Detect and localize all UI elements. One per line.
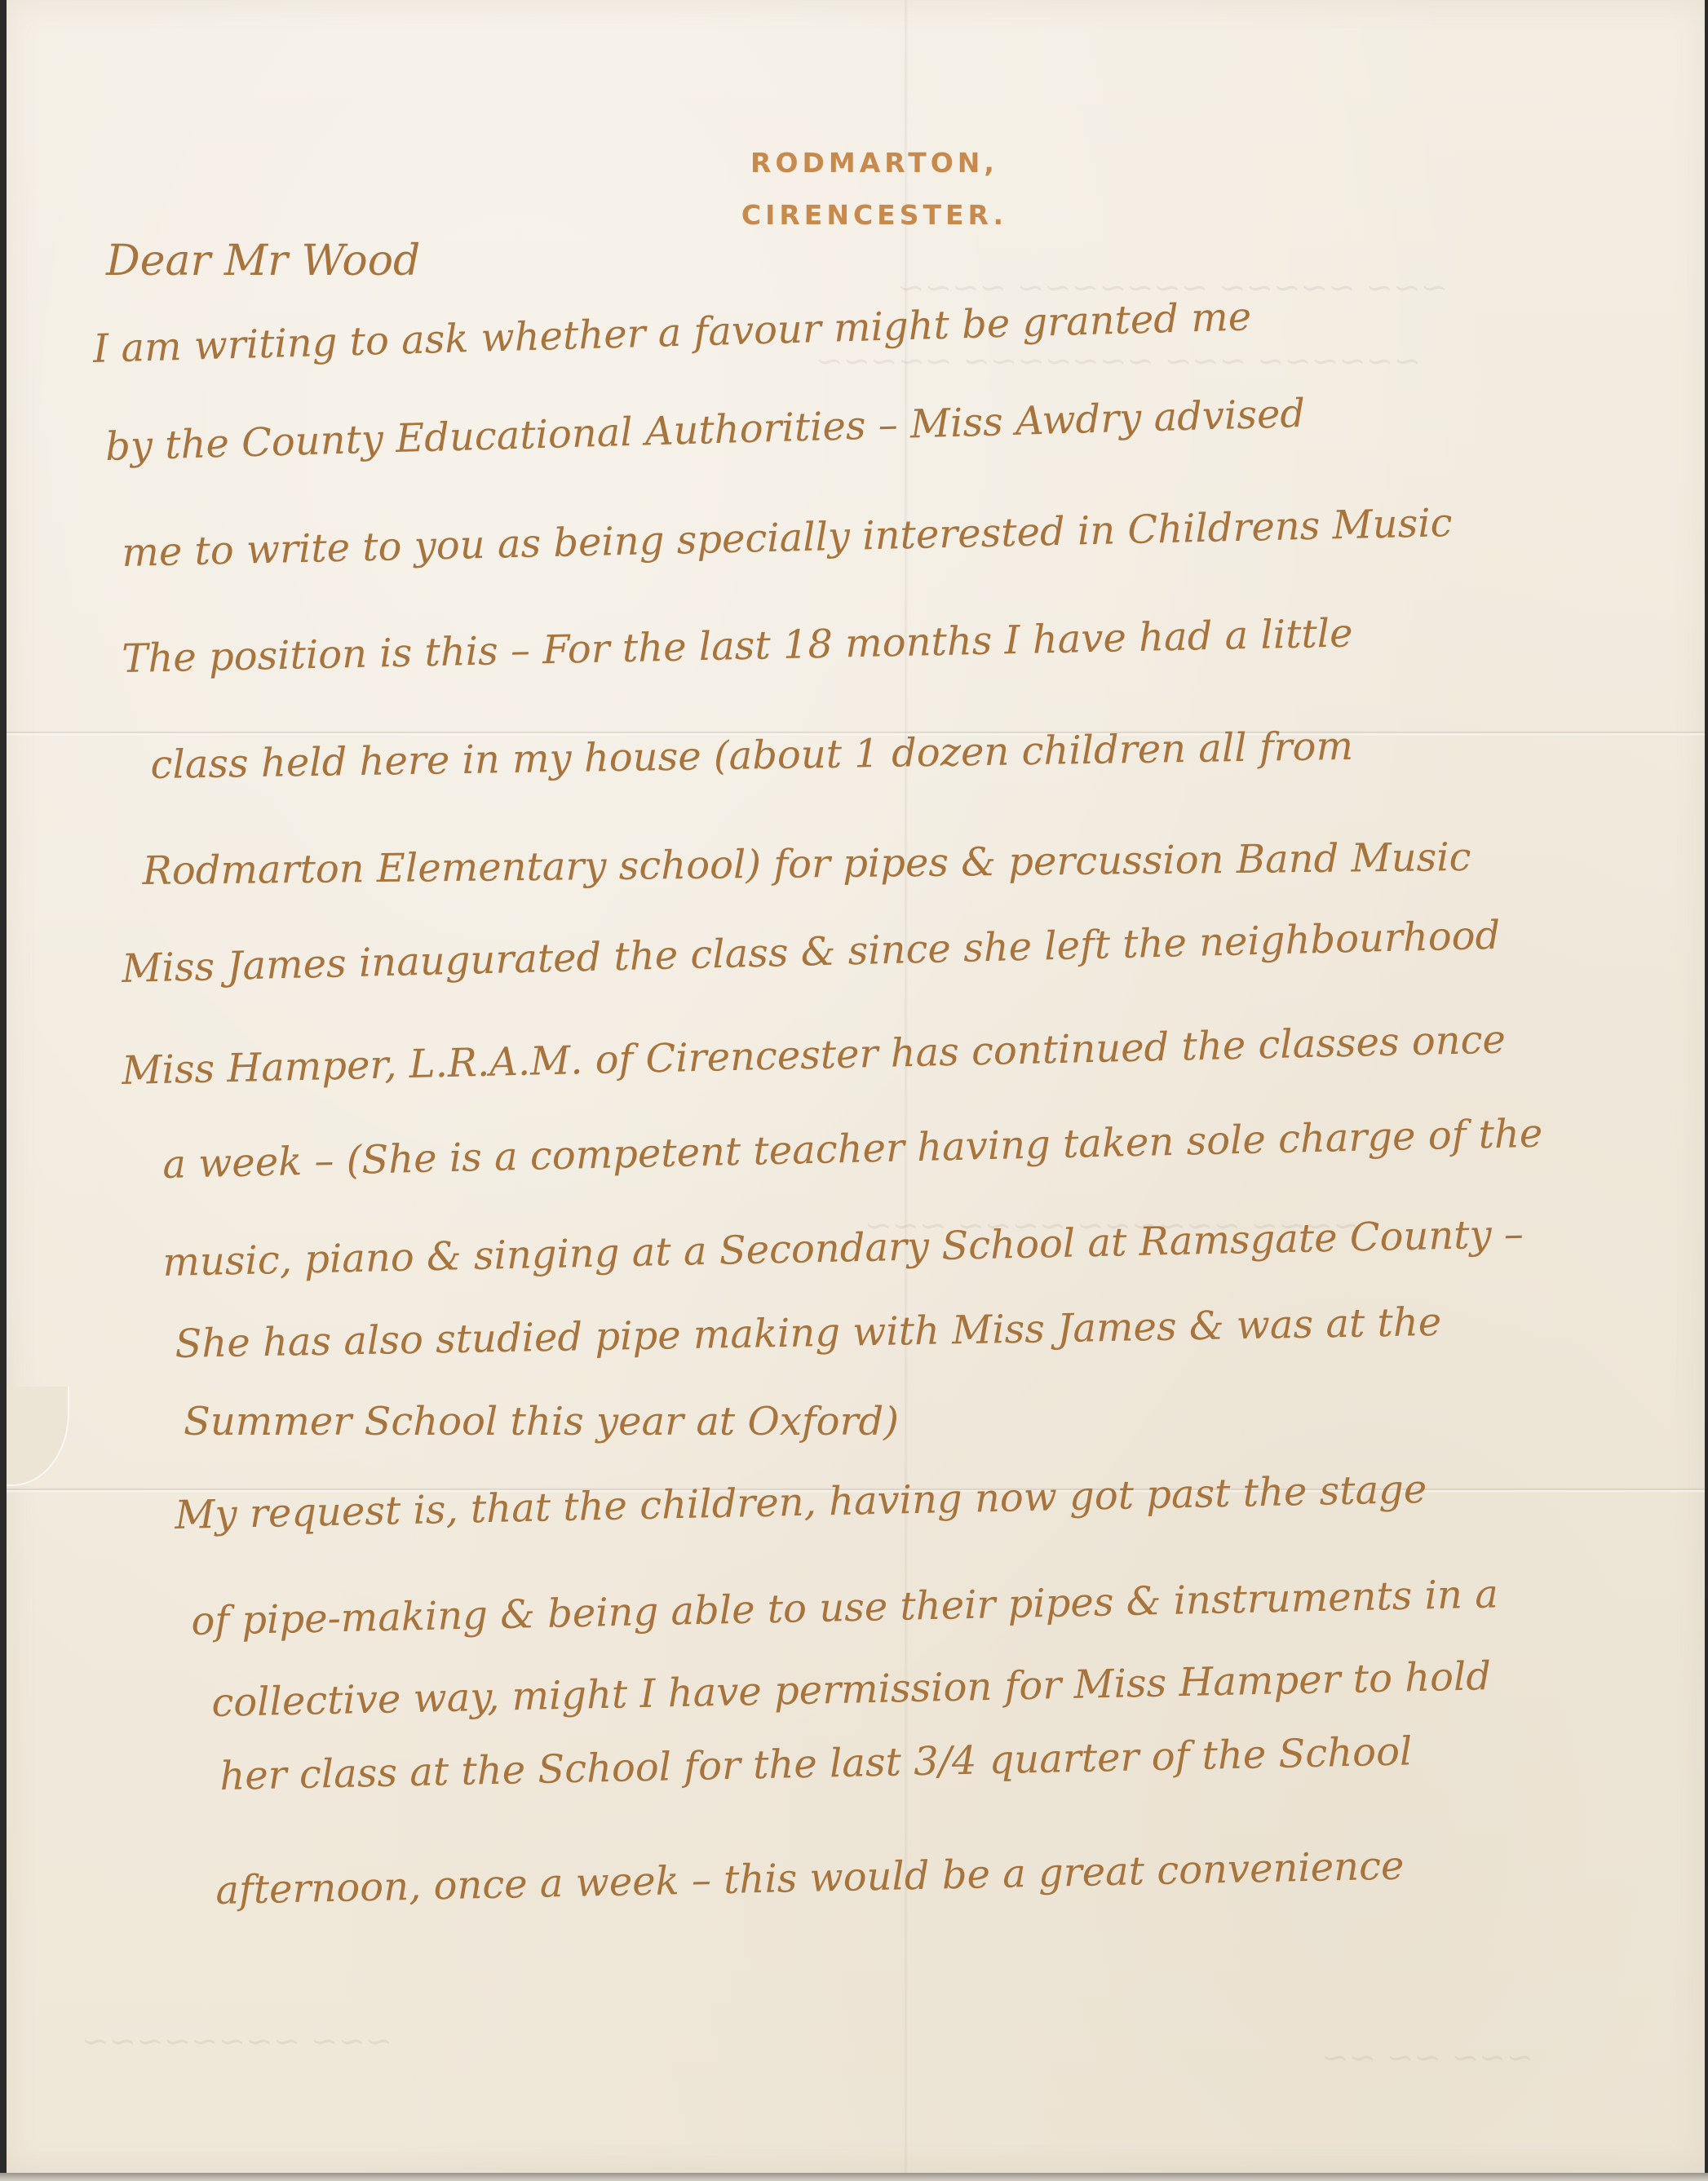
letterhead: RODMARTON, CIRENCESTER.	[0, 137, 1708, 241]
torn-edge	[7, 1387, 69, 1486]
letterhead-line-2: CIRENCESTER.	[41, 189, 1708, 241]
bleed-through-date: ~~~ ~~ ~~	[1321, 2039, 1533, 2077]
letterhead-line-1: RODMARTON,	[41, 137, 1708, 189]
letter-line: Summer School this year at Oxford)	[184, 1399, 899, 1444]
bleed-through-signature: ~~~ ~~~~~~~~	[82, 2023, 392, 2060]
salutation: Dear Mr Wood	[106, 237, 420, 285]
paper-bottom-edge	[0, 2173, 1708, 2181]
